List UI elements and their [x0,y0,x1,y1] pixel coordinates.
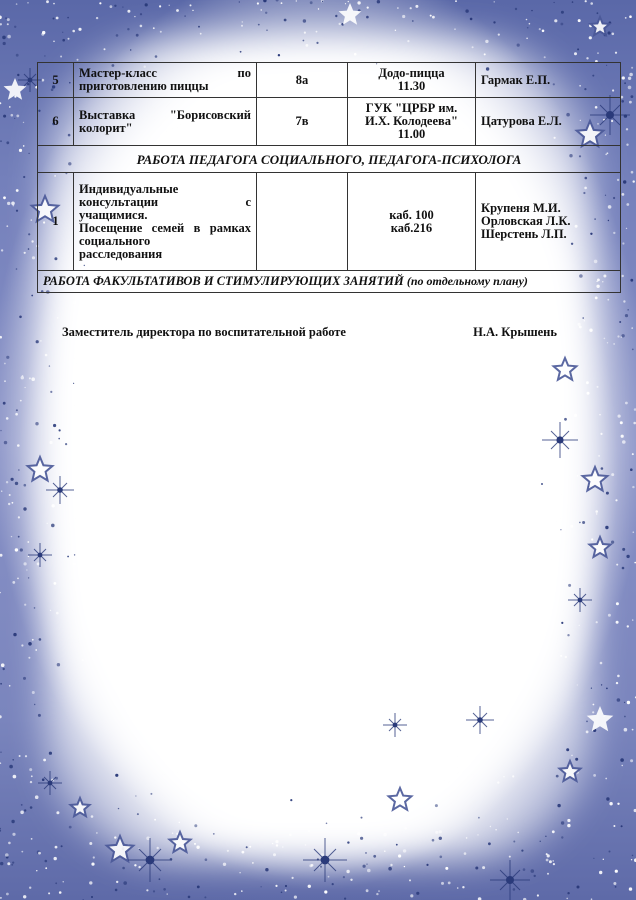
row-number: 6 [38,98,74,146]
responsible-name: Шерстень Л.П. [481,228,615,241]
section-footer-row: РАБОТА ФАКУЛЬТАТИВОВ И СТИМУЛИРУЮЩИХ ЗАН… [38,271,621,293]
table-row: 5 Мастер-класс по приготовлению пиццы 8а… [38,63,621,98]
signatory-position: Заместитель директора по воспитательной … [62,325,346,340]
event-line: учащимися. [79,209,251,222]
document-page: 5 Мастер-класс по приготовлению пиццы 8а… [0,0,636,900]
responsible-cell: Гармак Е.П. [476,63,621,98]
event-cell: Мастер-класс по приготовлению пиццы [74,63,257,98]
responsible-cell: Крупеня М.И. Орловская Л.К. Шерстень Л.П… [476,173,621,271]
section-title-social: РАБОТА ПЕДАГОГА СОЦИАЛЬНОГО, ПЕДАГОГА-ПС… [38,146,621,173]
responsible-cell: Цатурова Е.Л. [476,98,621,146]
section-header-row: РАБОТА ПЕДАГОГА СОЦИАЛЬНОГО, ПЕДАГОГА-ПС… [38,146,621,173]
room-line: каб. 100 [353,209,470,222]
section-title-electives: РАБОТА ФАКУЛЬТАТИВОВ И СТИМУЛИРУЮЩИХ ЗАН… [38,271,621,293]
activity-plan-table: 5 Мастер-класс по приготовлению пиццы 8а… [37,62,621,293]
event-line: социального [79,235,251,248]
signature-block: Заместитель директора по воспитательной … [62,325,557,340]
responsible-name: Цатурова Е.Л. [481,115,615,128]
time-line: 11.00 [353,128,470,141]
place-time-cell: ГУК "ЦРБР им. И.Х. Колодеева" 11.00 [348,98,476,146]
row-number: 1 [38,173,74,271]
event-line: Индивидуальные [79,183,251,196]
electives-note: (по отдельному плану) [407,274,528,288]
place-time-cell: Додо-пицца 11.30 [348,63,476,98]
event-line: консультации с [79,196,251,209]
event-cell: Выставка "Борисовский колорит" [74,98,257,146]
electives-title: РАБОТА ФАКУЛЬТАТИВОВ И СТИМУЛИРУЮЩИХ ЗАН… [43,274,404,288]
table-row: 1 Индивидуальные консультации с учащимис… [38,173,621,271]
time-line: 11.30 [353,80,470,93]
event-line: колорит" [79,122,251,135]
table-row: 6 Выставка "Борисовский колорит" 7в ГУК … [38,98,621,146]
class-cell: 8а [257,63,348,98]
room-line: каб.216 [353,222,470,235]
event-line: расследования [79,248,251,261]
responsible-name: Гармак Е.П. [481,74,615,87]
class-cell: 7в [257,98,348,146]
event-line: Посещение семей в рамках [79,222,251,235]
class-cell [257,173,348,271]
event-cell: Индивидуальные консультации с учащимися.… [74,173,257,271]
event-line: приготовлению пиццы [79,80,251,93]
signatory-name: Н.А. Крышень [473,325,557,340]
event-line: Выставка "Борисовский [79,109,251,122]
row-number: 5 [38,63,74,98]
place-cell: каб. 100 каб.216 [348,173,476,271]
